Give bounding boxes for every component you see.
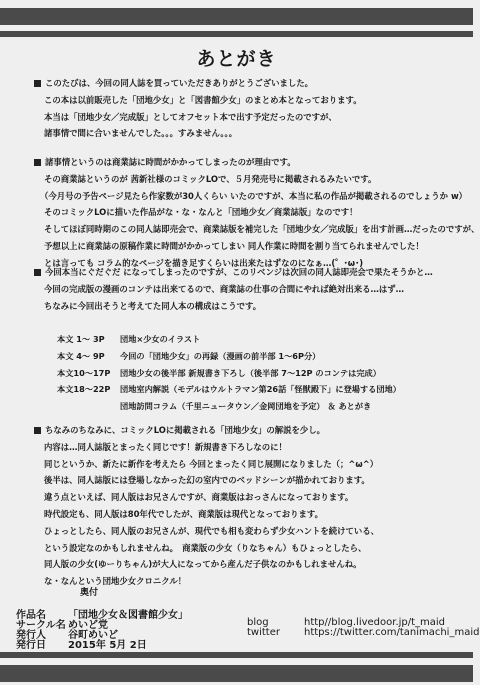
- paragraph-line: ひょっとしたら、同人版のお兄さんが、現代でも相も変わらず少女ハントを続けている、: [34, 523, 474, 540]
- paragraph-line: 後半は、同人誌版には登場しなかった幻の室内でのベッドシーンが描かれております。: [34, 472, 474, 489]
- section-thanks: このたびは、今回の同人誌を買っていただきありがとうございました。 この本は以前販…: [34, 75, 474, 142]
- top-decorative-bar-thin: [0, 31, 473, 37]
- paragraph-line: という設定なのかもしれませんね。 商業版の少女（りなちゃん）もひょっとしたら、: [34, 540, 474, 557]
- paragraph-line: 違う点といえば、同人版はお兄さんですが、商業版はおっさんになっております。: [34, 489, 474, 506]
- paragraph-line: （今月号の予告ページ見たら作家数が30人くらい いたのですが、本当に私の作品が掲…: [34, 188, 474, 205]
- paragraph-line: 同人版の少女(ゆーりちゃん)が大人になってから産んだ子供なのかもしれませんね。: [34, 556, 474, 573]
- contents-row: 団地訪問コラム（千里ニュータウン／金岡団地を予定） ＆ あとがき: [57, 398, 401, 415]
- paragraph-line: 同じというか、新たに新作を考えたら 今回とまったく同じ展開になりました（；^ω^…: [34, 456, 474, 473]
- paragraph-line: 今回の完成版の漫画のコンテは出来てるので、商業誌の仕事の合間にやれば絶対出来る……: [34, 281, 474, 298]
- contents-row: 本文10～17P団地少女の後半部 新規書き下ろし（後半部 7～12P のコンテは…: [57, 365, 401, 382]
- square-bullet-icon: [34, 427, 41, 434]
- bottom-decorative-bar-thin: [0, 652, 473, 658]
- paragraph-line: 時代設定も、同人版は80年代でしたが、商業版は現代となっております。: [34, 506, 474, 523]
- contents-row: 本文 1～ 3P団地×少女のイラスト: [57, 331, 401, 348]
- square-bullet-icon: [34, 159, 41, 166]
- bottom-decorative-bar-thick: [0, 665, 473, 682]
- colophon-row: 発行日2015年 5月 2日: [16, 641, 188, 651]
- paragraph-line: 予想以上に商業誌の原稿作業に時間がかかってしまい 同人作業に時間を割り当てられま…: [34, 238, 474, 255]
- paragraph-line: この本は以前販売した「団地少女」と「図書館少女」のまとめ本となっております。: [34, 92, 474, 109]
- paragraph-line: ちなみのちなみに、コミックLOに掲載される「団地少女」の解説を少し。: [45, 425, 325, 435]
- paragraph-line: ちなみに今回出そうと考えてた同人本の構成はこうです。: [34, 298, 474, 315]
- paragraph-line: 諸事情で間に合いませんでした。。。すみません。。。: [34, 125, 474, 142]
- paragraph-line: 今回本当にぐだぐだ になってしまったのですが、このリベンジは次回の同人誌即売会で…: [45, 267, 433, 277]
- contents-row: 本文 4～ 9P今回の「団地少女」の再録（漫画の前半部 1～6P分）: [57, 348, 401, 365]
- book-contents-list: 本文 1～ 3P団地×少女のイラスト 本文 4～ 9P今回の「団地少女」の再録（…: [57, 331, 401, 415]
- paragraph-line: そしてほぼ同時期のこの同人誌即売会で、商業誌版を補完した「団地少女／完成版」を出…: [34, 221, 474, 238]
- square-bullet-icon: [34, 80, 41, 87]
- section-commentary: ちなみのちなみに、コミックLOに掲載される「団地少女」の解説を少し。 内容は…同…: [34, 422, 474, 590]
- section-revenge: 今回本当にぐだぐだ になってしまったのですが、このリベンジは次回の同人誌即売会で…: [34, 264, 474, 314]
- paragraph-line: な・なんという団地少女クロニクル！: [34, 573, 474, 590]
- paragraph-line: そのコミックLOに描いた作品がな・な・なんと「団地少女／商業誌版」なのです！: [34, 204, 474, 221]
- colophon-heading: 奥付: [80, 585, 98, 598]
- contact-links: bloghttp//blog.livedoor.jp/t_maid twitte…: [247, 618, 479, 638]
- paragraph-line: このたびは、今回の同人誌を買っていただきありがとうございました。: [45, 78, 313, 88]
- twitter-url: https://twitter.com/tanimachi_maid: [304, 627, 479, 638]
- twitter-link-row: twitterhttps://twitter.com/tanimachi_mai…: [247, 628, 479, 638]
- contents-row: 本文18～22P団地室内解説（モデルはウルトラマン第26話「怪獣殿下」に登場する…: [57, 381, 401, 398]
- top-decorative-bar-thick: [0, 8, 473, 25]
- paragraph-line: 本当は「団地少女／完成版」としてオフセット本で出す予定だったのですが、: [34, 109, 474, 126]
- section-circumstances: 諸事情というのは商業誌に時間がかかってしまったのが理由です。 その商業誌というの…: [34, 154, 474, 272]
- paragraph-line: 内容は…同人誌版とまったく同じです！新規書き下ろしなのに！: [34, 439, 474, 456]
- page-title: あとがき: [0, 44, 473, 71]
- paragraph-line: 諸事情というのは商業誌に時間がかかってしまったのが理由です。: [45, 157, 296, 167]
- paragraph-line: その商業誌というのが 茜新社様のコミックLOで、５月発売号に掲載されるみたいです…: [34, 171, 474, 188]
- square-bullet-icon: [34, 269, 41, 276]
